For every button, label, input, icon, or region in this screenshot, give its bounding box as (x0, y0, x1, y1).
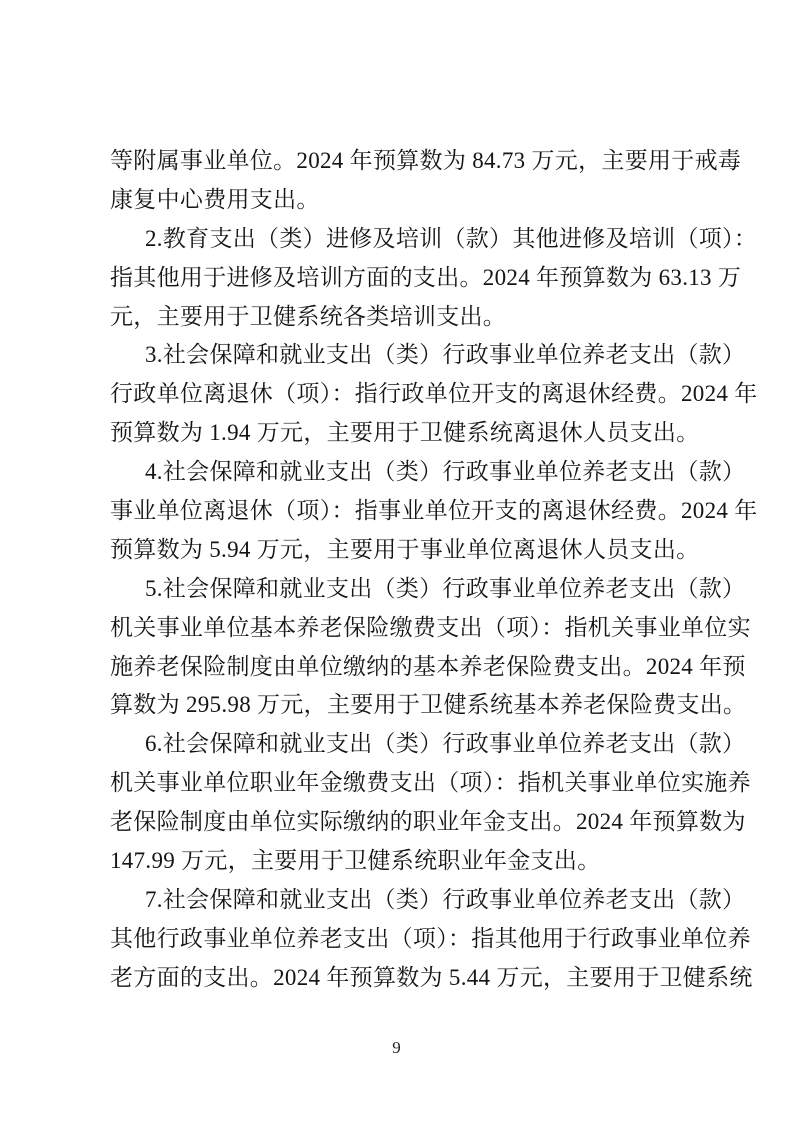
text-line: 算数为 295.98 万元，主要用于卫健系统基本养老保险费支出。 (110, 686, 701, 725)
text-line: 7.社会保障和就业支出（类）行政事业单位养老支出（款） (110, 881, 701, 920)
text-line: 机关事业单位职业年金缴费支出（项）：指机关事业单位实施养 (110, 764, 701, 803)
text-line: 老保险制度由单位实际缴纳的职业年金支出。2024 年预算数为 (110, 803, 701, 842)
text-line: 其他行政事业单位养老支出（项）：指其他用于行政事业单位养 (110, 920, 701, 959)
document-page: 等附属事业单位。2024 年预算数为 84.73 万元，主要用于戒毒 康复中心费… (0, 0, 793, 1122)
paragraph-7-other-pension: 7.社会保障和就业支出（类）行政事业单位养老支出（款） 其他行政事业单位养老支出… (110, 881, 701, 998)
document-body: 等附属事业单位。2024 年预算数为 84.73 万元，主要用于戒毒 康复中心费… (110, 142, 701, 998)
text-line: 预算数为 5.94 万元，主要用于事业单位离退休人员支出。 (110, 531, 701, 570)
paragraph-5-basic-pension: 5.社会保障和就业支出（类）行政事业单位养老支出（款） 机关事业单位基本养老保险… (110, 570, 701, 726)
text-line: 5.社会保障和就业支出（类）行政事业单位养老支出（款） (110, 570, 701, 609)
paragraph-1-continuation: 等附属事业单位。2024 年预算数为 84.73 万元，主要用于戒毒 康复中心费… (110, 142, 701, 220)
text-line: 元，主要用于卫健系统各类培训支出。 (110, 298, 701, 337)
text-line: 机关事业单位基本养老保险缴费支出（项）：指机关事业单位实 (110, 609, 701, 648)
text-line: 2.教育支出（类）进修及培训（款）其他进修及培训（项）： (110, 220, 701, 259)
paragraph-6-occupational-annuity: 6.社会保障和就业支出（类）行政事业单位养老支出（款） 机关事业单位职业年金缴费… (110, 725, 701, 881)
text-line: 康复中心费用支出。 (110, 181, 701, 220)
text-line: 指其他用于进修及培训方面的支出。2024 年预算数为 63.13 万 (110, 259, 701, 298)
text-line: 等附属事业单位。2024 年预算数为 84.73 万元，主要用于戒毒 (110, 142, 701, 181)
text-line: 6.社会保障和就业支出（类）行政事业单位养老支出（款） (110, 725, 701, 764)
text-line: 4.社会保障和就业支出（类）行政事业单位养老支出（款） (110, 453, 701, 492)
text-line: 预算数为 1.94 万元，主要用于卫健系统离退休人员支出。 (110, 414, 701, 453)
paragraph-2-education-training: 2.教育支出（类）进修及培训（款）其他进修及培训（项）： 指其他用于进修及培训方… (110, 220, 701, 337)
text-line: 行政单位离退休（项）：指行政单位开支的离退休经费。2024 年 (110, 375, 701, 414)
text-line: 施养老保险制度由单位缴纳的基本养老保险费支出。2024 年预 (110, 648, 701, 687)
paragraph-4-institution-retirement: 4.社会保障和就业支出（类）行政事业单位养老支出（款） 事业单位离退休（项）：指… (110, 453, 701, 570)
text-line: 老方面的支出。2024 年预算数为 5.44 万元，主要用于卫健系统 (110, 959, 701, 998)
paragraph-3-admin-retirement: 3.社会保障和就业支出（类）行政事业单位养老支出（款） 行政单位离退休（项）：指… (110, 336, 701, 453)
page-number: 9 (0, 1039, 793, 1056)
text-line: 147.99 万元，主要用于卫健系统职业年金支出。 (110, 842, 701, 881)
text-line: 3.社会保障和就业支出（类）行政事业单位养老支出（款） (110, 336, 701, 375)
text-line: 事业单位离退休（项）：指事业单位开支的离退休经费。2024 年 (110, 492, 701, 531)
